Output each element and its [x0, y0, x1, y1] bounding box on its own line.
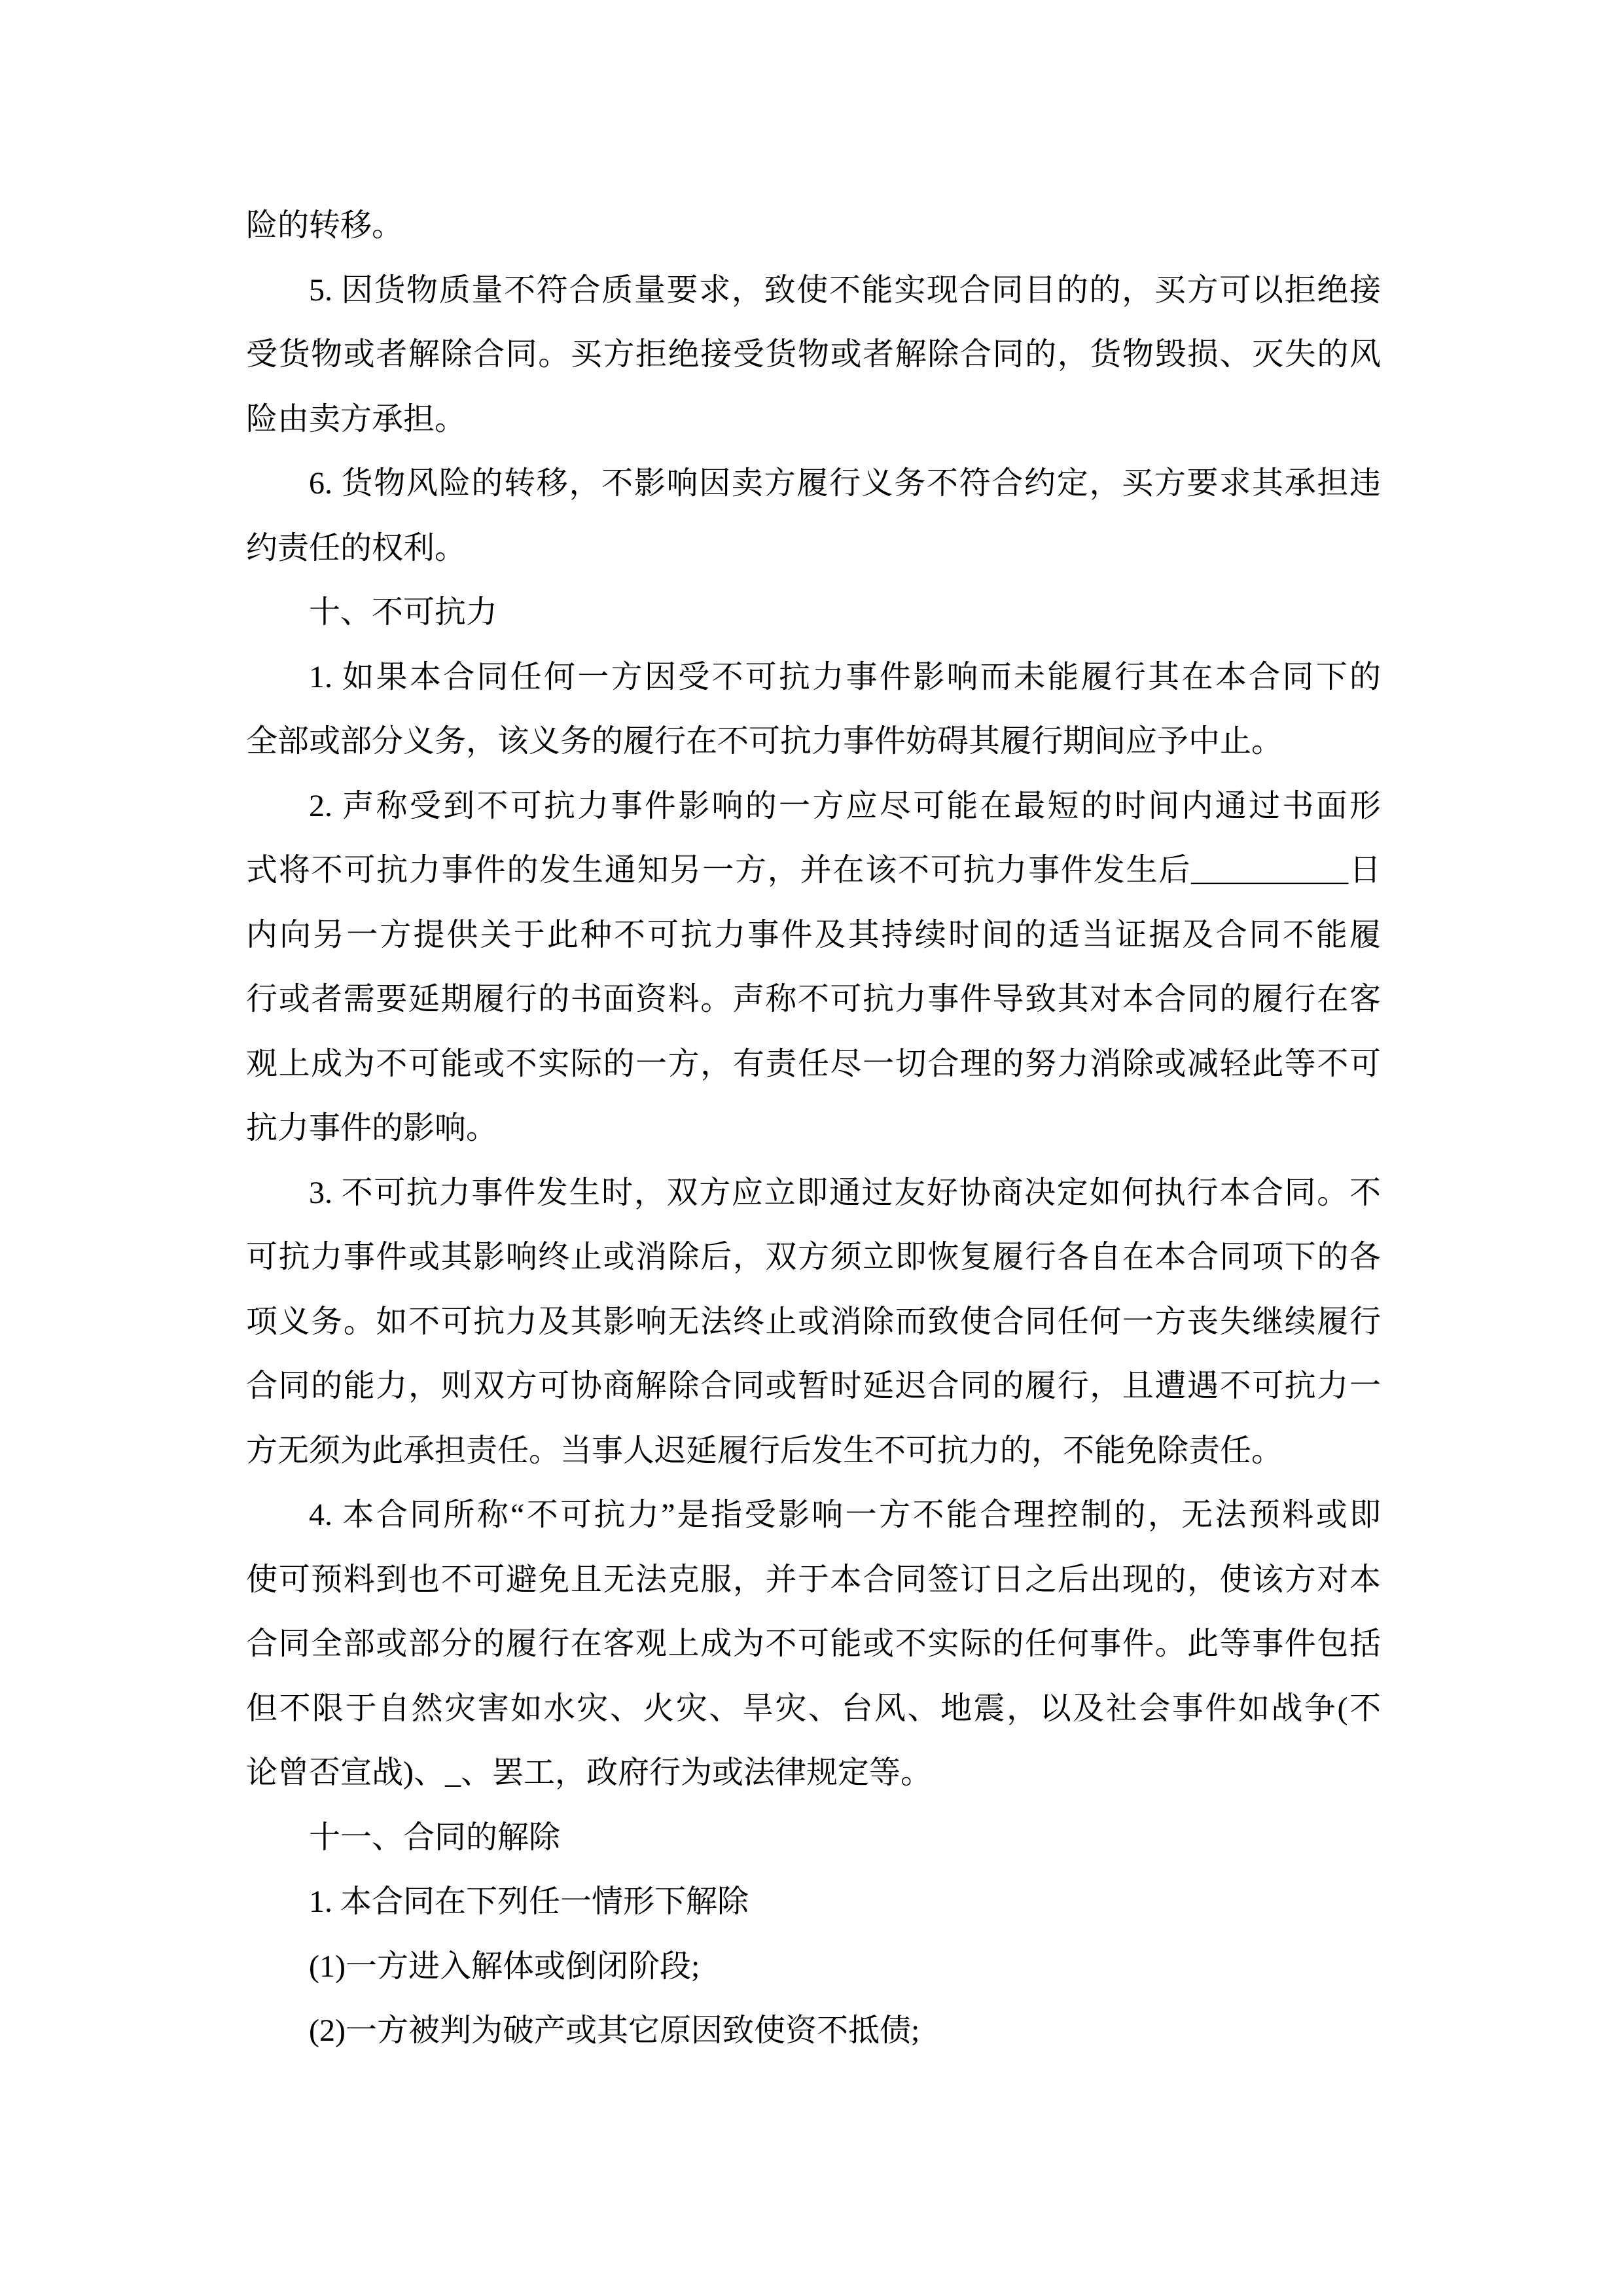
text-line: 十、不可抗力: [246, 581, 1381, 645]
text-line: 5. 因货物质量不符合质量要求，致使不能实现合同目的的，买方可以拒绝接: [246, 259, 1381, 323]
text-line: 方无须为此承担责任。当事人迟延履行后发生不可抗力的，不能免除责任。: [246, 1419, 1381, 1484]
contract-text-block: 险的转移。5. 因货物质量不符合质量要求，致使不能实现合同目的的，买方可以拒绝接…: [246, 194, 1381, 2064]
text-line: 4. 本合同所称“不可抗力”是指受影响一方不能合理控制的，无法预料或即: [246, 1483, 1381, 1548]
text-line: 合同全部或部分的履行在客观上成为不可能或不实际的任何事件。此等事件包括: [246, 1612, 1381, 1677]
text-line: 但不限于自然灾害如水灾、火灾、旱灾、台风、地震，以及社会事件如战争(不: [246, 1677, 1381, 1742]
text-line: 险的转移。: [246, 194, 1381, 259]
text-line: 约责任的权利。: [246, 516, 1381, 581]
text-line: 险由卖方承担。: [246, 387, 1381, 452]
text-line: 可抗力事件或其影响终止或消除后，双方须立即恢复履行各自在本合同项下的各: [246, 1225, 1381, 1290]
text-line: 全部或部分义务，该义务的履行在不可抗力事件妨碍其履行期间应予中止。: [246, 709, 1381, 774]
text-line: 项义务。如不可抗力及其影响无法终止或消除而致使合同任何一方丧失继续履行: [246, 1290, 1381, 1355]
text-line: 式将不可抗力事件的发生通知另一方，并在该不可抗力事件发生后__________日: [246, 838, 1381, 903]
text-line: 6. 货物风险的转移，不影响因卖方履行义务不符合约定，买方要求其承担违: [246, 452, 1381, 516]
text-line: 观上成为不可能或不实际的一方，有责任尽一切合理的努力消除或减轻此等不可: [246, 1032, 1381, 1097]
text-line: 抗力事件的影响。: [246, 1096, 1381, 1161]
text-line: 受货物或者解除合同。买方拒绝接受货物或者解除合同的，货物毁损、灭失的风: [246, 323, 1381, 387]
text-line: 2. 声称受到不可抗力事件影响的一方应尽可能在最短的时间内通过书面形: [246, 774, 1381, 839]
text-line: 行或者需要延期履行的书面资料。声称不可抗力事件导致其对本合同的履行在客: [246, 967, 1381, 1032]
text-line: (2)一方被判为破产或其它原因致使资不抵债;: [246, 1999, 1381, 2064]
text-line: 1. 本合同在下列任一情形下解除: [246, 1870, 1381, 1935]
text-line: 1. 如果本合同任何一方因受不可抗力事件影响而未能履行其在本合同下的: [246, 645, 1381, 710]
text-line: 合同的能力，则双方可协商解除合同或暂时延迟合同的履行，且遭遇不可抗力一: [246, 1354, 1381, 1419]
text-line: 使可预料到也不可避免且无法克服，并于本合同签订日之后出现的，使该方对本: [246, 1548, 1381, 1613]
text-line: 3. 不可抗力事件发生时，双方应立即通过友好协商决定如何执行本合同。不: [246, 1161, 1381, 1226]
text-line: 十一、合同的解除: [246, 1806, 1381, 1871]
text-line: (1)一方进入解体或倒闭阶段;: [246, 1935, 1381, 2000]
text-line: 论曾否宣战)、_、罢工，政府行为或法律规定等。: [246, 1741, 1381, 1806]
document-page: 险的转移。5. 因货物质量不符合质量要求，致使不能实现合同目的的，买方可以拒绝接…: [0, 0, 1623, 2296]
text-line: 内向另一方提供关于此种不可抗力事件及其持续时间的适当证据及合同不能履: [246, 903, 1381, 968]
